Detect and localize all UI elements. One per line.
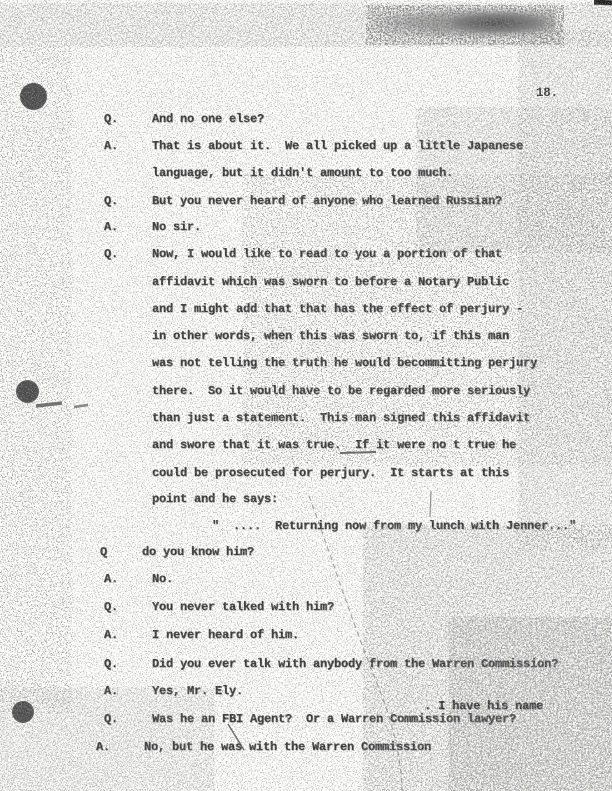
- transcript-line: was not telling the truth he would becom…: [104, 356, 537, 372]
- qa-label: A.: [104, 220, 152, 234]
- qa-label: Q.: [104, 194, 152, 208]
- qa-label: A.: [104, 572, 152, 586]
- line-text: And no one else?: [152, 112, 264, 126]
- transcript-line: affidavit which was sworn to before a No…: [104, 275, 509, 291]
- line-text: could be prosecuted for perjury. It star…: [152, 466, 509, 480]
- line-text: But you never heard of anyone who learne…: [152, 194, 502, 208]
- line-text: was not telling the truth he would becom…: [152, 356, 537, 370]
- line-text: in other words, when this was sworn to, …: [152, 329, 509, 343]
- hole-punch-bottom: [12, 701, 34, 723]
- transcript-line: there. So it would have to be regarded m…: [104, 384, 530, 400]
- qa-label: A.: [104, 628, 152, 642]
- transcript-line: " .... Returning now from my lunch with …: [104, 519, 576, 535]
- qa-label: A.: [104, 139, 152, 153]
- line-text: No.: [152, 572, 173, 586]
- inserted-note: . I have his name: [424, 699, 543, 713]
- transcript-line: in other words, when this was sworn to, …: [104, 329, 509, 345]
- line-text: I never heard of him.: [152, 628, 299, 642]
- line-text: No, but he was with the Warren Commissio…: [144, 740, 431, 754]
- transcript-line: Qdo you know him?: [100, 545, 254, 561]
- transcript-line: could be prosecuted for perjury. It star…: [104, 466, 509, 482]
- line-text: and I might add that that has the effect…: [152, 302, 523, 316]
- transcript-line: and swore that it was true. If it were n…: [104, 438, 516, 454]
- transcript-line: than just a statement. This man signed t…: [104, 411, 530, 427]
- corner-mark: [594, 0, 612, 5]
- hole-punch-top: [20, 83, 47, 110]
- qa-label: Q.: [104, 600, 152, 614]
- transcript-line: language, but it didn't amount to too mu…: [104, 166, 453, 182]
- transcript-line: A.No, but he was with the Warren Commiss…: [96, 740, 431, 756]
- line-text: there. So it would have to be regarded m…: [152, 384, 530, 398]
- transcript-line: A.No.: [104, 572, 173, 588]
- page-number: 18.: [536, 86, 558, 100]
- qa-label: Q.: [104, 712, 152, 726]
- transcript-line: A.Yes, Mr. Ely.: [104, 684, 243, 700]
- transcript-line: Q.Did you ever talk with anybody from th…: [104, 657, 558, 673]
- qa-label: Q.: [104, 112, 152, 126]
- qa-label: Q: [100, 545, 142, 559]
- line-text: Was he an FBI Agent? Or a Warren Commiss…: [152, 712, 516, 726]
- transcript-line: A.That is about it. We all picked up a l…: [104, 139, 523, 155]
- line-text: affidavit which was sworn to before a No…: [152, 275, 509, 289]
- transcript-line: and I might add that that has the effect…: [104, 302, 523, 318]
- line-text: That is about it. We all picked up a lit…: [152, 139, 523, 153]
- line-text: do you know him?: [142, 545, 254, 559]
- transcript-line: Q.You never talked with him?: [104, 600, 334, 616]
- line-text: language, but it didn't amount to too mu…: [152, 166, 453, 180]
- transcript-line: A.No sir.: [104, 220, 201, 236]
- qa-label: Q.: [104, 247, 152, 261]
- transcript-line: Q.Now, I would like to read to you a por…: [104, 247, 502, 263]
- line-text: " .... Returning now from my lunch with …: [212, 519, 576, 533]
- line-text: than just a statement. This man signed t…: [152, 411, 530, 425]
- transcript-line: A.I never heard of him.: [104, 628, 299, 644]
- transcript-line: Q.Was he an FBI Agent? Or a Warren Commi…: [104, 712, 516, 728]
- scan-smudge-core: [453, 13, 545, 33]
- hole-punch-middle: [16, 380, 39, 403]
- line-text: point and he says:: [152, 492, 278, 506]
- line-text: Did you ever talk with anybody from the …: [152, 657, 558, 671]
- transcript-line: point and he says:: [104, 492, 278, 508]
- qa-label: A.: [96, 740, 144, 754]
- qa-label: Q.: [104, 657, 152, 671]
- line-text: Now, I would like to read to you a porti…: [152, 247, 502, 261]
- transcript-line: Q.But you never heard of anyone who lear…: [104, 194, 502, 210]
- line-text: Yes, Mr. Ely.: [152, 684, 243, 698]
- line-text: and swore that it was true. If it were n…: [152, 438, 516, 452]
- line-text: No sir.: [152, 220, 201, 234]
- scanned-page: 18. Q.And no one else?A.That is about it…: [0, 0, 612, 791]
- transcript-line: Q.And no one else?: [104, 112, 264, 128]
- line-text: You never talked with him?: [152, 600, 334, 614]
- qa-label: A.: [104, 684, 152, 698]
